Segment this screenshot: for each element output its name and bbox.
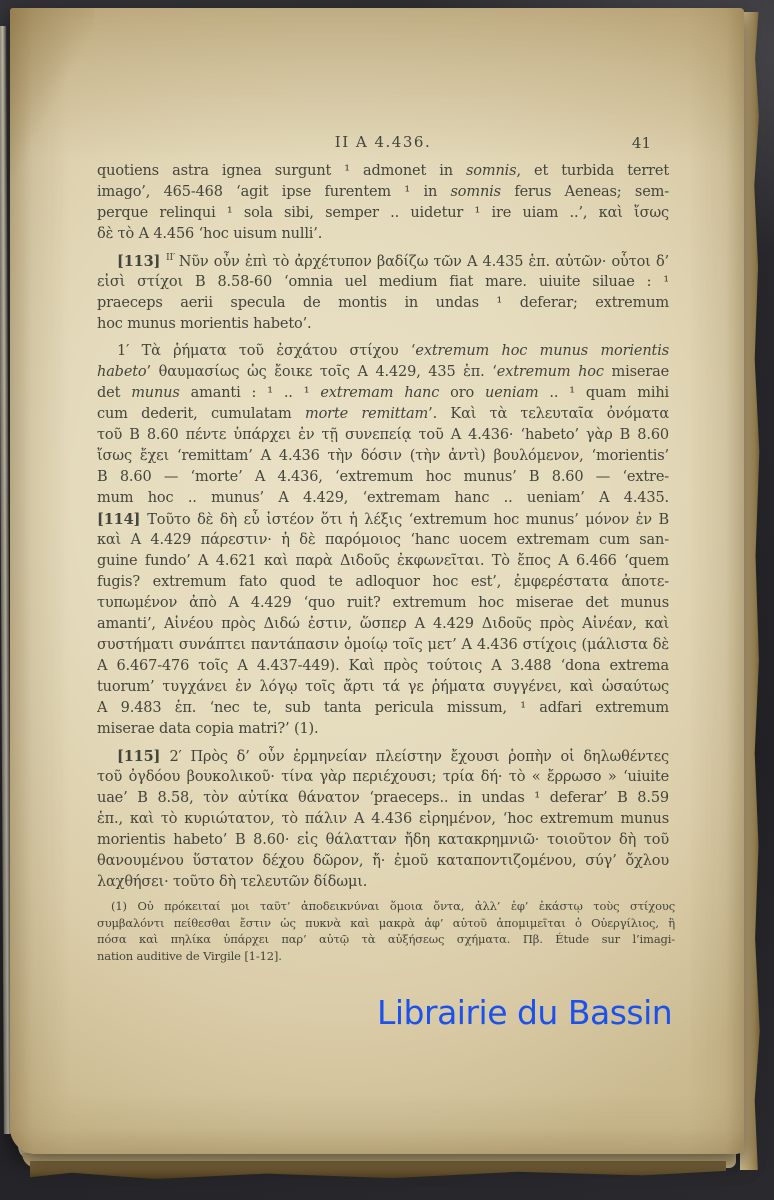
page-content: ΙΙ Α 4.436. 41 quotiens astra ignea surg… (0, 0, 774, 1200)
text-line: Β 8.60 — ‘morte’ Α 4.436, ‘extremum hoc … (97, 467, 669, 488)
text-line: quotiens astra ignea surgunt ¹ admonet i… (97, 161, 669, 182)
paragraph-1: quotiens astra ignea surgunt ¹ admonet i… (97, 161, 669, 245)
text-line: τοῦ Β 8.60 πέντε ὑπάρχει ἐν τῇ συνεπείᾳ … (97, 425, 669, 446)
watermark: Librairie du Bassin (377, 993, 672, 1032)
text-line: 1′ Τὰ ῥήματα τοῦ ἐσχάτου στίχου ‘extremu… (97, 341, 669, 362)
text-line: imago’, 465-468 ‘agit ipse furentem ¹ in… (97, 182, 669, 203)
text-line: praeceps aerii specula de montis in unda… (97, 293, 669, 314)
body-text: quotiens astra ignea surgunt ¹ admonet i… (97, 161, 669, 893)
text-line: amanti’, Αἰνέου πρὸς Διδώ ἐστιν, ὥσπερ Α… (97, 614, 669, 635)
text-line: ἴσως ἔχει ‘remittam’ Α 4.436 τὴν δόσιν (… (97, 446, 669, 467)
text-line: det munus amanti : ¹ .. ¹ extremam hanc … (97, 383, 669, 404)
text-line: ἑπ., καὶ τὸ κυριώτατον, τὸ πάλιν Α 4.436… (97, 809, 669, 830)
text-line: (1) Οὐ πρόκειταί μοι ταῦτ’ ἀποδεικνύναι … (97, 898, 675, 915)
text-line: [114] Τοῦτο δὲ δὴ εὖ ἰστέον ὅτι ἡ λέξις … (97, 509, 669, 530)
text-line: guine fundo’ Α 4.621 καὶ παρὰ Διδοῦς ἐκφ… (97, 551, 669, 572)
footnote: (1) Οὐ πρόκειταί μοι ταῦτ’ ἀποδεικνύναι … (97, 898, 675, 964)
text-line: perque relinqui ¹ sola sibi, semper .. u… (97, 203, 669, 224)
running-title: ΙΙ Α 4.436. (97, 133, 669, 151)
text-line: nation auditive de Virgile [1-12]. (97, 948, 675, 965)
paragraph-2: [113] ΙΙ′ Νῦν οὖν ἐπὶ τὸ ἀρχέτυπον βαδίζ… (97, 251, 669, 335)
text-line: fugis? extremum fato quod te adloquor ho… (97, 572, 669, 593)
page-number: 41 (632, 134, 651, 152)
text-line: εἰσὶ στίχοι Β 8.58-60 ‘omnia uel medium … (97, 272, 669, 293)
text-line: λαχθήσει· τοῦτο δὴ τελευτῶν δίδωμι. (97, 872, 669, 893)
text-line: θανουμένου ὕστατον δέχου δῶρον, ἤ· ἐμοῦ … (97, 851, 669, 872)
text-line: miserae data copia matri?’ (1). (97, 719, 669, 740)
page-header: ΙΙ Α 4.436. 41 (97, 133, 669, 155)
text-line: συμβαλόντι πείθεσθαι ἔστιν ὡς πυκνὰ καὶ … (97, 915, 675, 932)
text-line: τοῦ ὀγδόου βουκολικοῦ· τίνα γὰρ περιέχου… (97, 767, 669, 788)
book-photo: ΙΙ Α 4.436. 41 quotiens astra ignea surg… (0, 0, 774, 1200)
text-line: morientis habeto’ Β 8.60· εἰς θάλατταν ἤ… (97, 830, 669, 851)
text-line: mum hoc .. munus’ Α 4.429, ‘extremam han… (97, 488, 669, 509)
text-line: [115] 2′ Πρὸς δ’ οὖν ἑρμηνείαν πλείστην … (97, 746, 669, 767)
text-line: δὲ τὸ Α 4.456 ‘hoc uisum nulli’. (97, 224, 669, 245)
text-line: uae’ Β 8.58, τὸν αὐτίκα θάνατον ‘praecep… (97, 788, 669, 809)
text-line: καὶ Α 4.429 πάρεστιν· ἡ δὲ παρόμοιος ‘ha… (97, 530, 669, 551)
text-line: hoc munus morientis habeto’. (97, 314, 669, 335)
text-line: τυπωμένον ἀπὸ Α 4.429 ‘quo ruit? extremu… (97, 593, 669, 614)
text-line: [113] ΙΙ′ Νῦν οὖν ἐπὶ τὸ ἀρχέτυπον βαδίζ… (97, 251, 669, 272)
text-line: Α 6.467-476 τοῖς Α 4.437-449). Καὶ πρὸς … (97, 656, 669, 677)
text-line: πόσα καὶ πηλίκα ὑπάρχει παρ’ αὐτῷ τὰ αὐξ… (97, 931, 675, 948)
text-line: συστήματι συνάπτει παντάπασιν ὁμοίῳ τοῖς… (97, 635, 669, 656)
text-line: Α 9.483 ἑπ. ‘nec te, sub tanta pericula … (97, 698, 669, 719)
paragraph-3: 1′ Τὰ ῥήματα τοῦ ἐσχάτου στίχου ‘extremu… (97, 341, 669, 740)
text-line: tuorum’ τυγχάνει ἐν λόγῳ τοῖς ἄρτι τά γε… (97, 677, 669, 698)
text-line: cum dederit, cumulatam morte remittam’. … (97, 404, 669, 425)
text-line: habeto’ θαυμασίως ὡς ἔοικε τοῖς Α 4.429,… (97, 362, 669, 383)
paragraph-4: [115] 2′ Πρὸς δ’ οὖν ἑρμηνείαν πλείστην … (97, 746, 669, 893)
